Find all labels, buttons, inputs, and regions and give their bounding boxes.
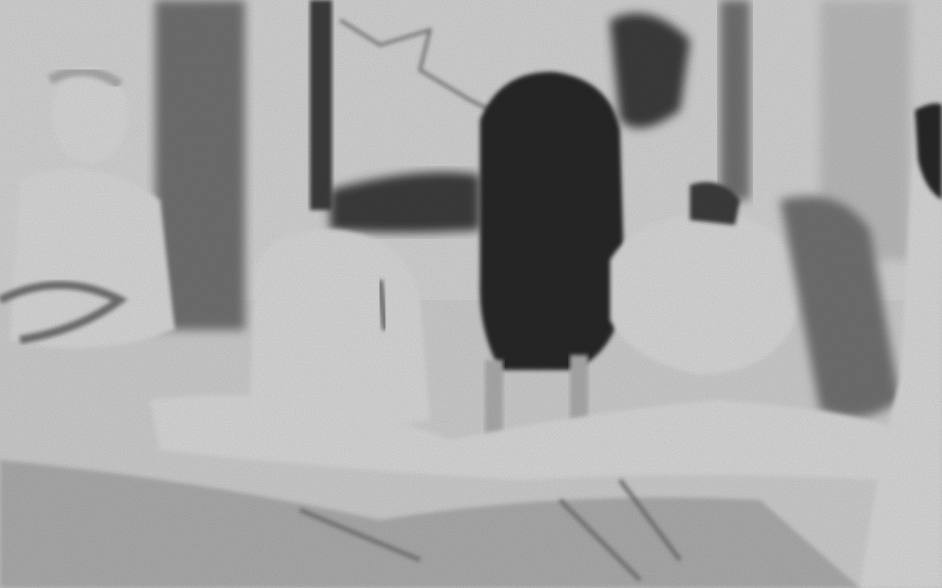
figure-center-right <box>610 215 800 375</box>
dark-figure-body <box>480 72 625 370</box>
photo-scene <box>0 0 942 588</box>
photograph <box>0 0 942 588</box>
dark-figure-raised-arm <box>610 13 690 128</box>
pole-center <box>310 0 332 210</box>
dark-figure-leg-left <box>485 360 503 440</box>
pole-right <box>720 0 750 200</box>
